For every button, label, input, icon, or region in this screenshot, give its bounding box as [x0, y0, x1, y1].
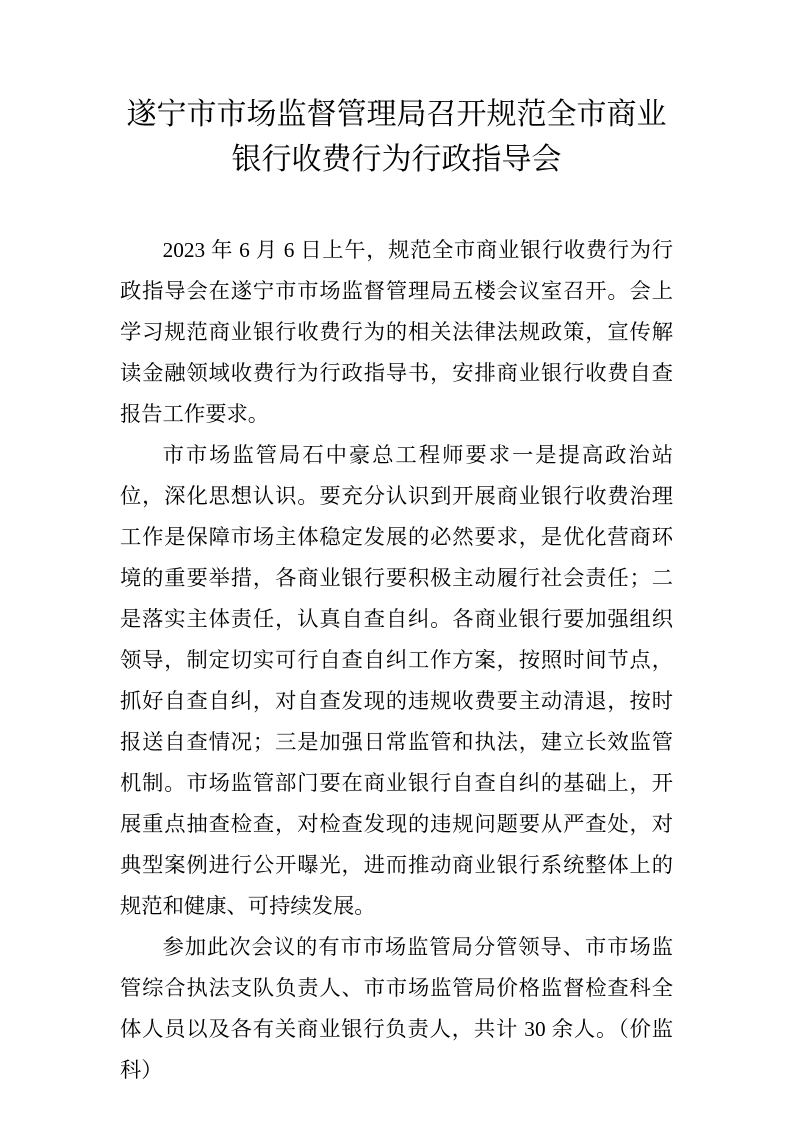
document-body: 2023 年 6 月 6 日上午，规范全市商业银行收费行为行政指导会在遂宁市市场… [120, 230, 673, 1091]
document-page: 遂宁市市场监督管理局召开规范全市商业银行收费行为行政指导会 2023 年 6 月… [0, 0, 793, 1122]
document-title: 遂宁市市场监督管理局召开规范全市商业银行收费行为行政指导会 [120, 92, 673, 182]
paragraph-requirements: 市市场监管局石中豪总工程师要求一是提高政治站位，深化思想认识。要充分认识到开展商… [120, 435, 673, 927]
paragraph-meeting-overview: 2023 年 6 月 6 日上午，规范全市商业银行收费行为行政指导会在遂宁市市场… [120, 230, 673, 435]
paragraph-attendees: 参加此次会议的有市市场监管局分管领导、市市场监管综合执法支队负责人、市市场监管局… [120, 927, 673, 1091]
